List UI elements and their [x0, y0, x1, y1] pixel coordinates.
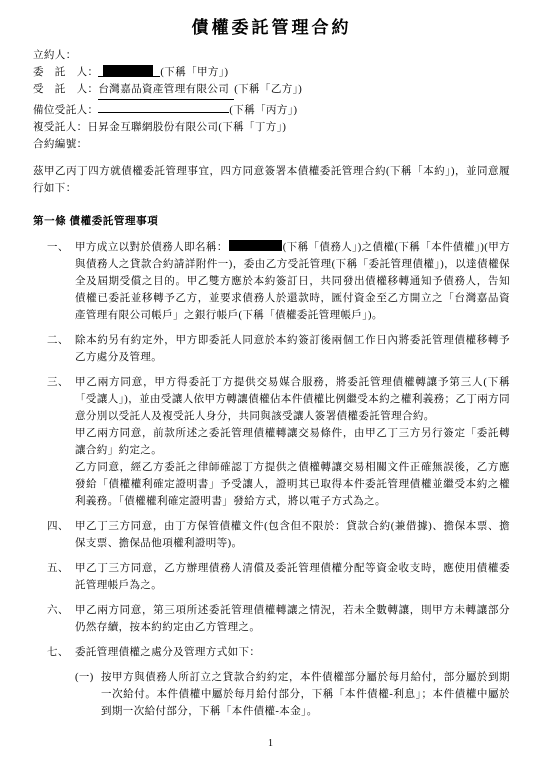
- clause-7: 七、 委託管理債權之處分及管理方式如下： (一) 按甲方與債務人所訂立之貸款合約…: [47, 644, 510, 720]
- contract-number-label: 合約編號：: [33, 136, 510, 153]
- clause-body: 甲乙兩方同意，甲方得委託丁方提供交易媒合服務，將委託管理債權轉讓予第三人(下稱「…: [75, 374, 510, 510]
- clause-2: 二、 除本約另有約定外，甲方即委託人同意於本約簽訂後兩個工作日內將委託管理債權移…: [47, 332, 510, 366]
- parties-intro-label: 立約人：: [33, 47, 510, 64]
- clause-text: 甲方成立以對於債務人即名稱：: [75, 242, 228, 253]
- redaction-box: [103, 65, 153, 76]
- clause-list: 一、 甲方成立以對於債務人即名稱：(下稱「債務人」)之債權(下稱「本件債權」)(…: [33, 239, 510, 720]
- section-1-heading: 第一條 債權委託管理事項: [33, 213, 510, 230]
- clause-number: 五、: [47, 560, 75, 594]
- clause-paragraph: 甲乙兩方同意，甲方得委託丁方提供交易媒合服務，將委託管理債權轉讓予第三人(下稱「…: [75, 374, 510, 425]
- party-line-trustor: 委 託 人：(下稱「甲方」): [33, 64, 510, 81]
- clause-body: 委託管理債權之處分及管理方式如下： (一) 按甲方與債務人所訂立之貸款合約約定，…: [75, 644, 510, 720]
- party-label: 備位受託人：: [33, 105, 98, 116]
- clause-number: 四、: [47, 518, 75, 552]
- party-label: 受 託 人：: [33, 84, 98, 95]
- party-suffix: (下稱「甲方」): [160, 67, 228, 78]
- clause-5: 五、 甲乙丁三方同意，乙方辦理債務人清償及委託管理債權分配等資金收支時，應使用債…: [47, 560, 510, 594]
- clause-text: (下稱「債務人」)之債權(下稱「本件債權」)(甲方與債務人之貸款合約請詳附件一)…: [75, 242, 510, 321]
- clause-number: 六、: [47, 602, 75, 636]
- redaction-box: [229, 240, 282, 251]
- party-line-trustee: 受 託 人：台灣嘉品資產管理有限公司(下稱「乙方」): [33, 81, 510, 99]
- contract-page: 債權委託管理合約 立約人： 委 託 人：(下稱「甲方」) 受 託 人：台灣嘉品資…: [0, 0, 541, 776]
- clause-3: 三、 甲乙兩方同意，甲方得委託丁方提供交易媒合服務，將委託管理債權轉讓予第三人(…: [47, 374, 510, 510]
- document-title: 債權委託管理合約: [33, 18, 510, 38]
- clause-number: 七、: [47, 644, 75, 720]
- clause-number: 二、: [47, 332, 75, 366]
- sub-trustee-company-name: 日昇金互聯網股份有限公司: [88, 122, 219, 133]
- party-label: 複受託人：: [33, 122, 88, 133]
- clause-1: 一、 甲方成立以對於債務人即名稱：(下稱「債務人」)之債權(下稱「本件債權」)(…: [47, 239, 510, 324]
- redacted-name-field: [98, 64, 160, 77]
- party-line-backup-trustee: 備位受託人：(下稱「丙方」): [33, 100, 510, 119]
- subclause-number: (一): [75, 669, 101, 720]
- clause-body: 除本約另有約定外，甲方即委託人同意於本約簽訂後兩個工作日內將委託管理債權移轉予乙…: [75, 332, 510, 366]
- clause-6: 六、 甲乙兩方同意，第三項所述委託管理債權轉讓之情況，若未全數轉讓，則甲方未轉讓…: [47, 602, 510, 636]
- clause-text: 甲乙兩方同意，第三項所述委託管理債權轉讓之情況，若未全數轉讓，則甲方未轉讓部分仍…: [75, 605, 510, 633]
- clause-paragraph: 甲乙兩方同意，前款所述之委託管理債權轉讓交易條件，由甲乙丁三方另行簽定「委託轉讓…: [75, 425, 510, 459]
- clause-paragraph: 乙方同意，經乙方委託之律師確認丁方提供之債權轉讓交易相關文件正確無誤後，乙方應發…: [75, 459, 510, 510]
- clause-body: 甲乙丁三方同意，由丁方保管債權文件(包含但不限於：貸款合約(兼借據)、擔保本票、…: [75, 518, 510, 552]
- clause-text: 除本約另有約定外，甲方即委託人同意於本約簽訂後兩個工作日內將委託管理債權移轉予乙…: [75, 335, 510, 363]
- party-suffix: (下稱「丁方」): [218, 122, 286, 133]
- page-number: 1: [0, 735, 541, 752]
- party-suffix: (下稱「丙方」): [229, 105, 297, 116]
- clause-number: 一、: [47, 239, 75, 324]
- blank-name-field: [98, 100, 229, 113]
- parties-block: 立約人： 委 託 人：(下稱「甲方」) 受 託 人：台灣嘉品資產管理有限公司(下…: [33, 47, 510, 153]
- clause-body: 甲乙丁三方同意，乙方辦理債務人清償及委託管理債權分配等資金收支時，應使用債權委託…: [75, 560, 510, 594]
- trustee-company-name: 台灣嘉品資產管理有限公司: [98, 81, 234, 99]
- party-label: 委 託 人：: [33, 67, 98, 78]
- clause-body: 甲方成立以對於債務人即名稱：(下稱「債務人」)之債權(下稱「本件債權」)(甲方與…: [75, 239, 510, 324]
- clause-text: 委託管理債權之處分及管理方式如下：: [75, 647, 260, 658]
- party-line-sub-trustee: 複受託人：日昇金互聯網股份有限公司(下稱「丁方」): [33, 119, 510, 136]
- preamble-text: 茲甲乙丙丁四方就債權委託管理事宜，四方同意簽署本債權委託管理合約(下稱「本約」)…: [33, 163, 510, 197]
- clause-text: 甲乙丁三方同意，由丁方保管債權文件(包含但不限於：貸款合約(兼借據)、擔保本票、…: [75, 521, 510, 549]
- clause-number: 三、: [47, 374, 75, 510]
- clause-4: 四、 甲乙丁三方同意，由丁方保管債權文件(包含但不限於：貸款合約(兼借據)、擔保…: [47, 518, 510, 552]
- clause-body: 甲乙兩方同意，第三項所述委託管理債權轉讓之情況，若未全數轉讓，則甲方未轉讓部分仍…: [75, 602, 510, 636]
- subclause-text: 按甲方與債務人所訂立之貸款合約約定，本件債權部分屬於每月給付，部分屬於到期一次給…: [101, 669, 510, 720]
- clause-text: 甲乙丁三方同意，乙方辦理債務人清償及委託管理債權分配等資金收支時，應使用債權委託…: [75, 563, 510, 591]
- party-suffix: (下稱「乙方」): [234, 84, 302, 95]
- subclause-1: (一) 按甲方與債務人所訂立之貸款合約約定，本件債權部分屬於每月給付，部分屬於到…: [75, 669, 510, 720]
